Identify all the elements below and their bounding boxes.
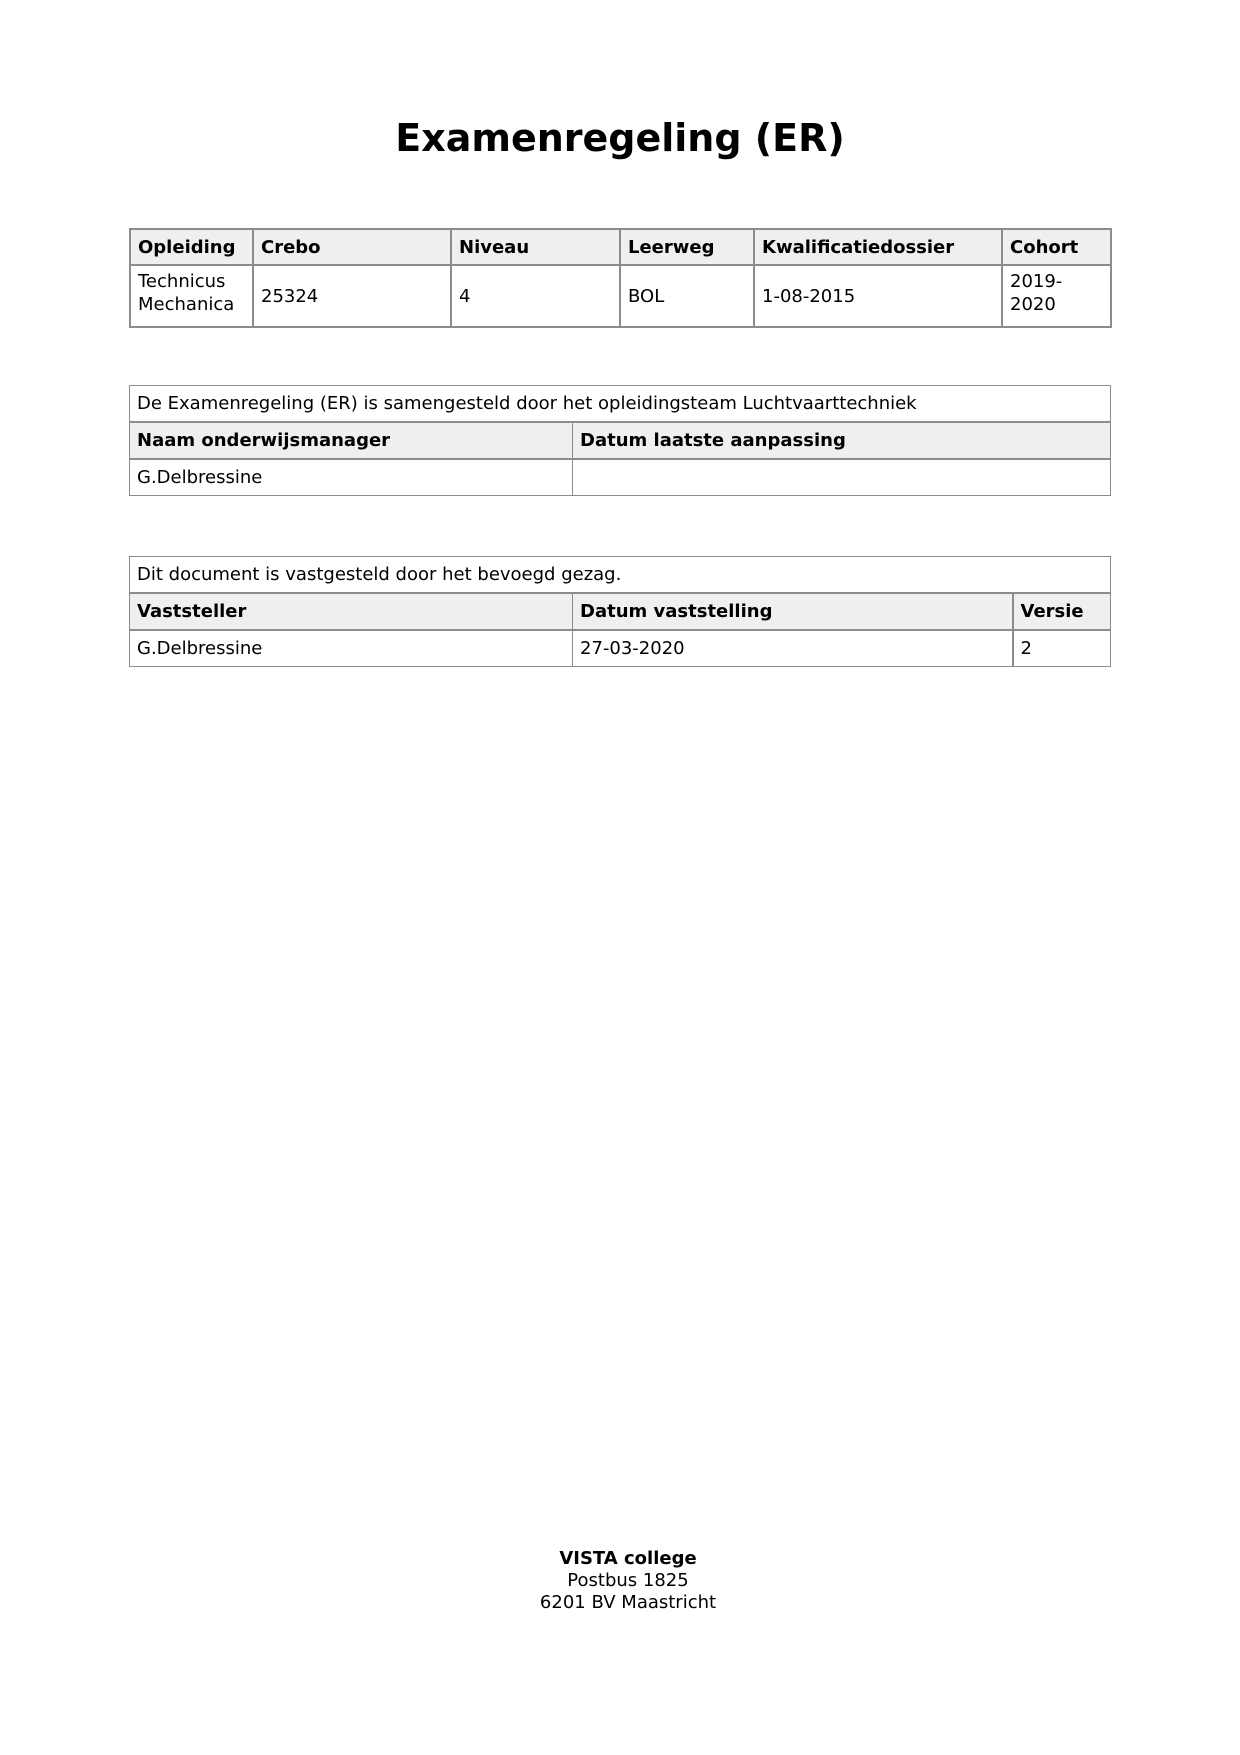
- cell-datum-vaststelling: 27-03-2020: [573, 630, 1013, 667]
- column-header-versie: Versie: [1013, 593, 1111, 630]
- cell-vaststeller: G.Delbressine: [130, 630, 573, 667]
- cell-opleiding: Technicus Mechanica: [130, 265, 253, 327]
- column-header-cohort: Cohort: [1002, 229, 1111, 265]
- column-header-last-modified: Datum laatste aanpassing: [573, 422, 1111, 459]
- column-header-manager: Naam onderwijsmanager: [130, 422, 573, 459]
- column-header-kwalificatiedossier: Kwalificatiedossier: [754, 229, 1002, 265]
- column-header-leerweg: Leerweg: [620, 229, 754, 265]
- programme-table: Opleiding Crebo Niveau Leerweg Kwalifica…: [129, 228, 1112, 328]
- table-header-row: Opleiding Crebo Niveau Leerweg Kwalifica…: [130, 229, 1111, 265]
- table-row: G.Delbressine: [130, 459, 1111, 496]
- cell-versie: 2: [1013, 630, 1111, 667]
- footer-address-line2: 6201 BV Maastricht: [0, 1592, 1240, 1614]
- footer-organisation: VISTA college: [0, 1548, 1240, 1570]
- column-header-niveau: Niveau: [451, 229, 620, 265]
- composed-by-table: De Examenregeling (ER) is samengesteld d…: [129, 385, 1111, 496]
- table-row: G.Delbressine 27-03-2020 2: [130, 630, 1111, 667]
- footer-address-line1: Postbus 1825: [0, 1570, 1240, 1592]
- composed-intro-text: De Examenregeling (ER) is samengesteld d…: [130, 386, 1111, 423]
- column-header-crebo: Crebo: [253, 229, 451, 265]
- table-header-row: Vaststeller Datum vaststelling Versie: [130, 593, 1111, 630]
- column-header-vaststeller: Vaststeller: [130, 593, 573, 630]
- table-header-row: Naam onderwijsmanager Datum laatste aanp…: [130, 422, 1111, 459]
- adopted-by-table: Dit document is vastgesteld door het bev…: [129, 556, 1111, 667]
- cell-manager: G.Delbressine: [130, 459, 573, 496]
- column-header-opleiding: Opleiding: [130, 229, 253, 265]
- cell-kwalificatiedossier: 1-08-2015: [754, 265, 1002, 327]
- cell-leerweg: BOL: [620, 265, 754, 327]
- cell-cohort: 2019-2020: [1002, 265, 1111, 327]
- cell-niveau: 4: [451, 265, 620, 327]
- page-title: Examenregeling (ER): [0, 114, 1240, 162]
- cell-last-modified: [573, 459, 1111, 496]
- footer-address: VISTA college Postbus 1825 6201 BV Maast…: [0, 1548, 1240, 1614]
- column-header-datum-vaststelling: Datum vaststelling: [573, 593, 1013, 630]
- intro-row: De Examenregeling (ER) is samengesteld d…: [130, 386, 1111, 423]
- adopted-intro-text: Dit document is vastgesteld door het bev…: [130, 557, 1111, 594]
- intro-row: Dit document is vastgesteld door het bev…: [130, 557, 1111, 594]
- table-row: Technicus Mechanica 25324 4 BOL 1-08-201…: [130, 265, 1111, 327]
- cell-crebo: 25324: [253, 265, 451, 327]
